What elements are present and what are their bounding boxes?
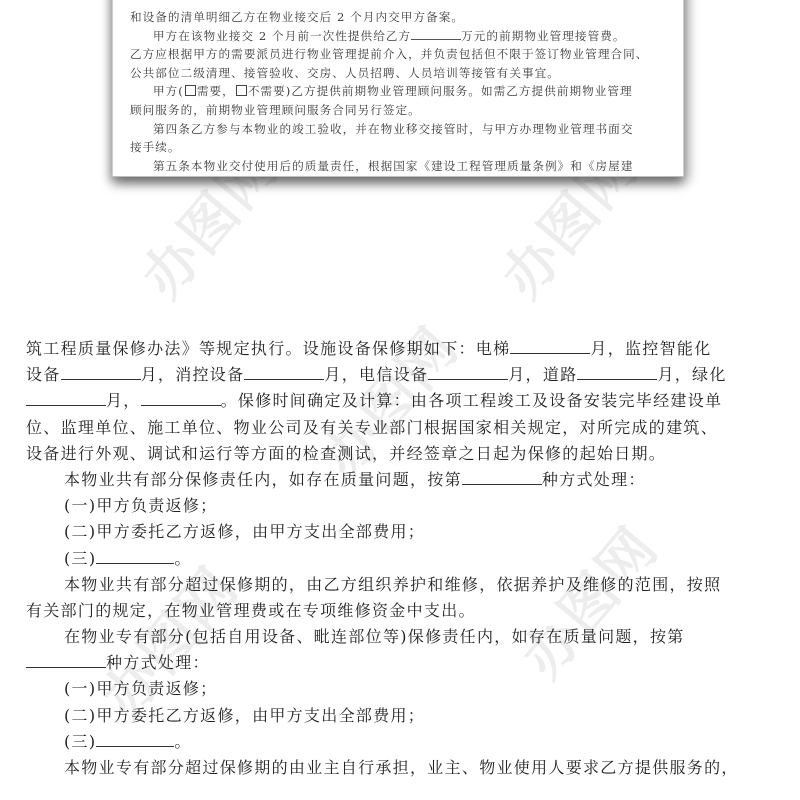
body-line: (一)甲方负责返修；	[26, 493, 786, 519]
text: 甲方在该物业接交 2 个月前一次性提供给乙方	[153, 29, 411, 43]
body-line: (二)甲方委托乙方返修，由甲方支出全部费用；	[26, 703, 786, 729]
fill-blank	[61, 364, 141, 380]
fill-blank	[141, 390, 221, 406]
text: 种方式处理：	[106, 653, 210, 672]
body-line: 位、监理单位、施工单位、物业公司及有关专业部门根据国家相关规定，对所完成的建筑、	[26, 415, 786, 441]
text: (三)	[64, 732, 96, 751]
body-line: 设备进行外观、调试和运行等方面的检查测试，并经签章之日起为保修的起始日期。	[26, 441, 786, 467]
body-line: 筑工程质量保修办法》等规定执行。设施设备保修期如下：电梯月，监控智能化	[26, 336, 786, 362]
text: 筑工程质量保修办法》等规定执行。设施设备保修期如下：电梯	[26, 339, 510, 358]
preview-line: 第五条本物业交付使用后的质量责任，根据国家《建设工程管理质量条例》和《房屋建	[130, 157, 670, 176]
fill-blank	[428, 364, 508, 380]
fill-blank	[26, 390, 106, 406]
checkbox-need[interactable]	[185, 85, 196, 96]
body-line: 设备月，消控设备月，电信设备月，道路月，绿化	[26, 362, 786, 388]
fill-blank	[96, 731, 174, 747]
text: 月，消控设备	[141, 365, 245, 384]
text: 。保修时间确定及计算：由各项工程竣工及设备安装完毕经建设单	[221, 391, 723, 410]
text: 。	[174, 549, 191, 568]
fill-blank	[96, 548, 174, 564]
body-line: (三)。	[26, 546, 786, 572]
fill-blank	[244, 364, 324, 380]
text: (三)	[64, 549, 96, 568]
body-line: 本物业专有部分超过保修期的由业主自行承担，业主、物业使用人要求乙方提供服务的，	[26, 755, 786, 781]
body-line: 本物业共有部分超过保修期的，由乙方组织养护和维修，依据养护及维修的范围，按照	[26, 572, 786, 598]
text: 需要，	[197, 84, 235, 98]
text: 万元的前期物业管理接管费。	[461, 29, 625, 43]
body-line: 本物业共有部分保修责任内，如存在质量问题，按第种方式处理：	[26, 467, 786, 493]
body-line: 月，。保修时间确定及计算：由各项工程竣工及设备安装完毕经建设单	[26, 388, 786, 414]
text: 月，	[106, 391, 141, 410]
preview-line: 第四条乙方参与本物业的竣工验收，并在物业移交接管时，与甲方办理物业管理书面交	[130, 120, 670, 139]
text: 种方式处理：	[542, 470, 646, 489]
fill-blank	[510, 338, 590, 354]
text: 月，监控智能化	[590, 339, 711, 358]
text: 月，绿化	[657, 365, 726, 384]
preview-text: 和设备的清单明细乙方在物业接交后 2 个月内交甲方备案。 甲方在该物业接交 2 …	[130, 8, 670, 175]
text: 。	[174, 732, 191, 751]
text: 月，电信设备	[324, 365, 428, 384]
preview-line: 顾问服务的，前期物业管理顾问服务合同另行签定。	[130, 101, 670, 120]
preview-line: 和设备的清单明细乙方在物业接交后 2 个月内交甲方备案。	[130, 8, 670, 27]
preview-line: 公共部位二级清理、接管验收、交房、人员招聘、人员培训等接管有关事宜。	[130, 64, 670, 83]
body-line: (三)。	[26, 729, 786, 755]
body-line: 种方式处理：	[26, 650, 786, 676]
document-body: 筑工程质量保修办法》等规定执行。设施设备保修期如下：电梯月，监控智能化 设备月，…	[26, 336, 786, 781]
fill-blank	[462, 469, 542, 485]
fill-blank	[577, 364, 657, 380]
body-line: 在物业专有部分(包括自用设备、毗连部位等)保修责任内，如存在质量问题，按第	[26, 624, 786, 650]
checkbox-not-need[interactable]	[236, 85, 247, 96]
body-line: 有关部门的规定，在物业管理费或在专项维修资金中支出。	[26, 598, 786, 624]
preview-line: 接手续。	[130, 138, 670, 157]
preview-line: 甲方(需要，不需要)乙方提供前期物业管理顾问服务。如需乙方提供前期物业管理	[130, 82, 670, 101]
document-preview-card: 和设备的清单明细乙方在物业接交后 2 个月内交甲方备案。 甲方在该物业接交 2 …	[112, 0, 684, 177]
body-line: (一)甲方负责返修；	[26, 676, 786, 702]
text: 本物业共有部分保修责任内，如存在质量问题，按第	[64, 470, 462, 489]
fill-blank	[26, 652, 106, 668]
text: 月，道路	[508, 365, 577, 384]
text: 不需要)乙方提供前期物业管理顾问服务。如需乙方提供前期物业管理	[248, 84, 633, 98]
preview-line: 乙方应根据甲方的需要派员进行物业管理提前介入，并负责包括但不限于签订物业管理合同…	[130, 45, 670, 64]
body-line: (二)甲方委托乙方返修，由甲方支出全部费用；	[26, 519, 786, 545]
fill-blank	[411, 28, 461, 40]
text: 甲方(	[153, 84, 184, 98]
preview-line: 甲方在该物业接交 2 个月前一次性提供给乙方万元的前期物业管理接管费。	[130, 27, 670, 46]
text: 设备	[26, 365, 61, 384]
